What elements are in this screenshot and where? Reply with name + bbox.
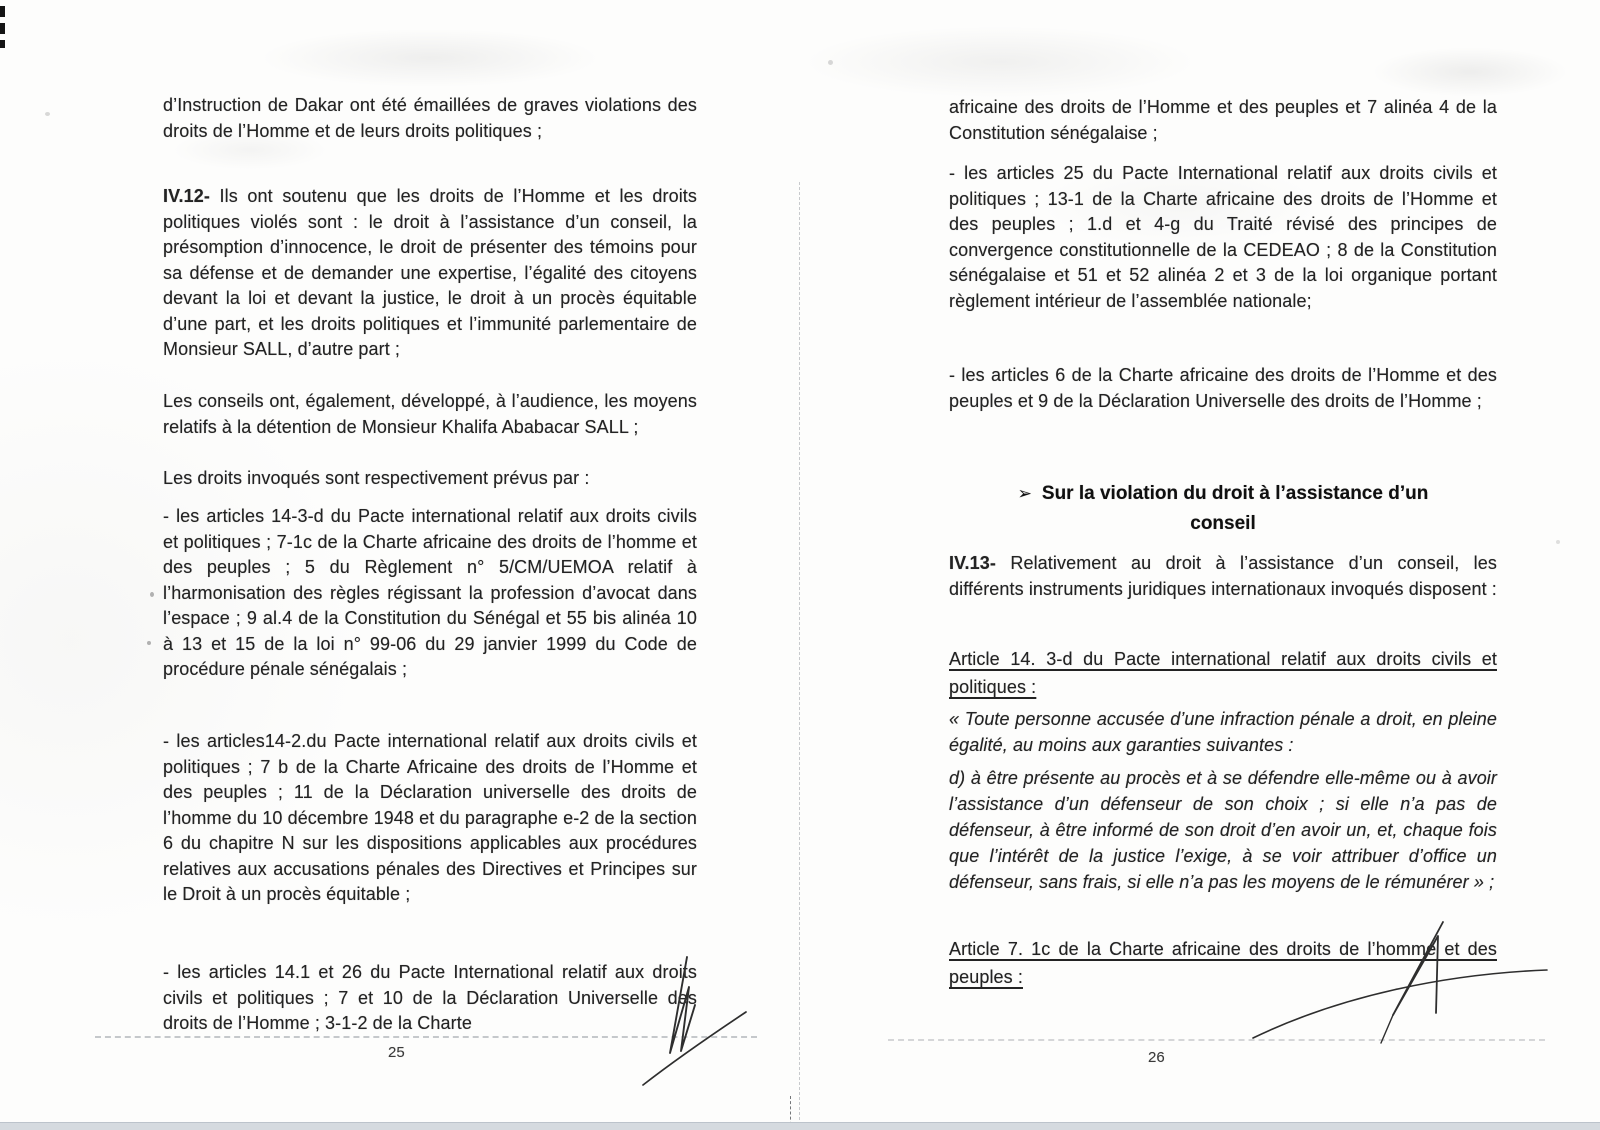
handwritten-paraph — [1235, 910, 1565, 1060]
paragraph-text: Ils ont soutenu que les droits de l’Homm… — [163, 186, 697, 359]
scan-corner-mark — [0, 6, 5, 48]
list-paragraph: - les articles 14-3-d du Pacte internati… — [163, 504, 697, 683]
paragraph: IV.12- Ils ont soutenu que les droits de… — [163, 184, 697, 363]
paragraph: Les conseils ont, également, développé, … — [163, 389, 697, 440]
scanned-document: d’Instruction de Dakar ont été émaillées… — [0, 0, 1600, 1130]
section-heading-line2: conseil — [1190, 513, 1255, 534]
paragraph-number: IV.12- — [163, 186, 210, 206]
scan-speck — [1556, 540, 1560, 544]
page-number: 26 — [1148, 1049, 1165, 1066]
paragraph: Les droits invoqués sont respectivement … — [163, 466, 697, 492]
scan-speck — [147, 641, 151, 645]
section-heading-line1: Sur la violation du droit à l’assistance… — [1042, 483, 1428, 504]
paragraph: IV.13- Relativement au droit à l’assista… — [949, 551, 1497, 602]
scan-speck — [828, 60, 833, 65]
page-gutter-fold-line — [799, 182, 800, 1125]
scan-speck — [150, 592, 154, 597]
list-paragraph: - les articles 25 du Pacte International… — [949, 161, 1497, 314]
list-paragraph: - les articles14-2.du Pacte internationa… — [163, 729, 697, 908]
scan-speck — [45, 112, 50, 116]
quote-paragraph: « Toute personne accusée d’une infractio… — [949, 706, 1497, 758]
paragraph-number: IV.13- — [949, 553, 996, 573]
paragraph: d’Instruction de Dakar ont été émaillées… — [163, 93, 697, 144]
list-paragraph: - les articles 6 de la Charte africaine … — [949, 363, 1497, 414]
section-heading: ➢Sur la violation du droit à l’assistanc… — [949, 479, 1497, 539]
page-number: 25 — [388, 1044, 405, 1061]
quote-paragraph: d) à être présente au procès et à se déf… — [949, 765, 1497, 895]
paragraph-text: Relativement au droit à l’assistance d’u… — [949, 553, 1497, 599]
paragraph: africaine des droits de l’Homme et des p… — [949, 95, 1497, 146]
article-heading: Article 14. 3-d du Pacte international r… — [949, 645, 1497, 701]
handwritten-paraph — [615, 935, 785, 1100]
arrow-bullet: ➢ — [1018, 484, 1032, 503]
